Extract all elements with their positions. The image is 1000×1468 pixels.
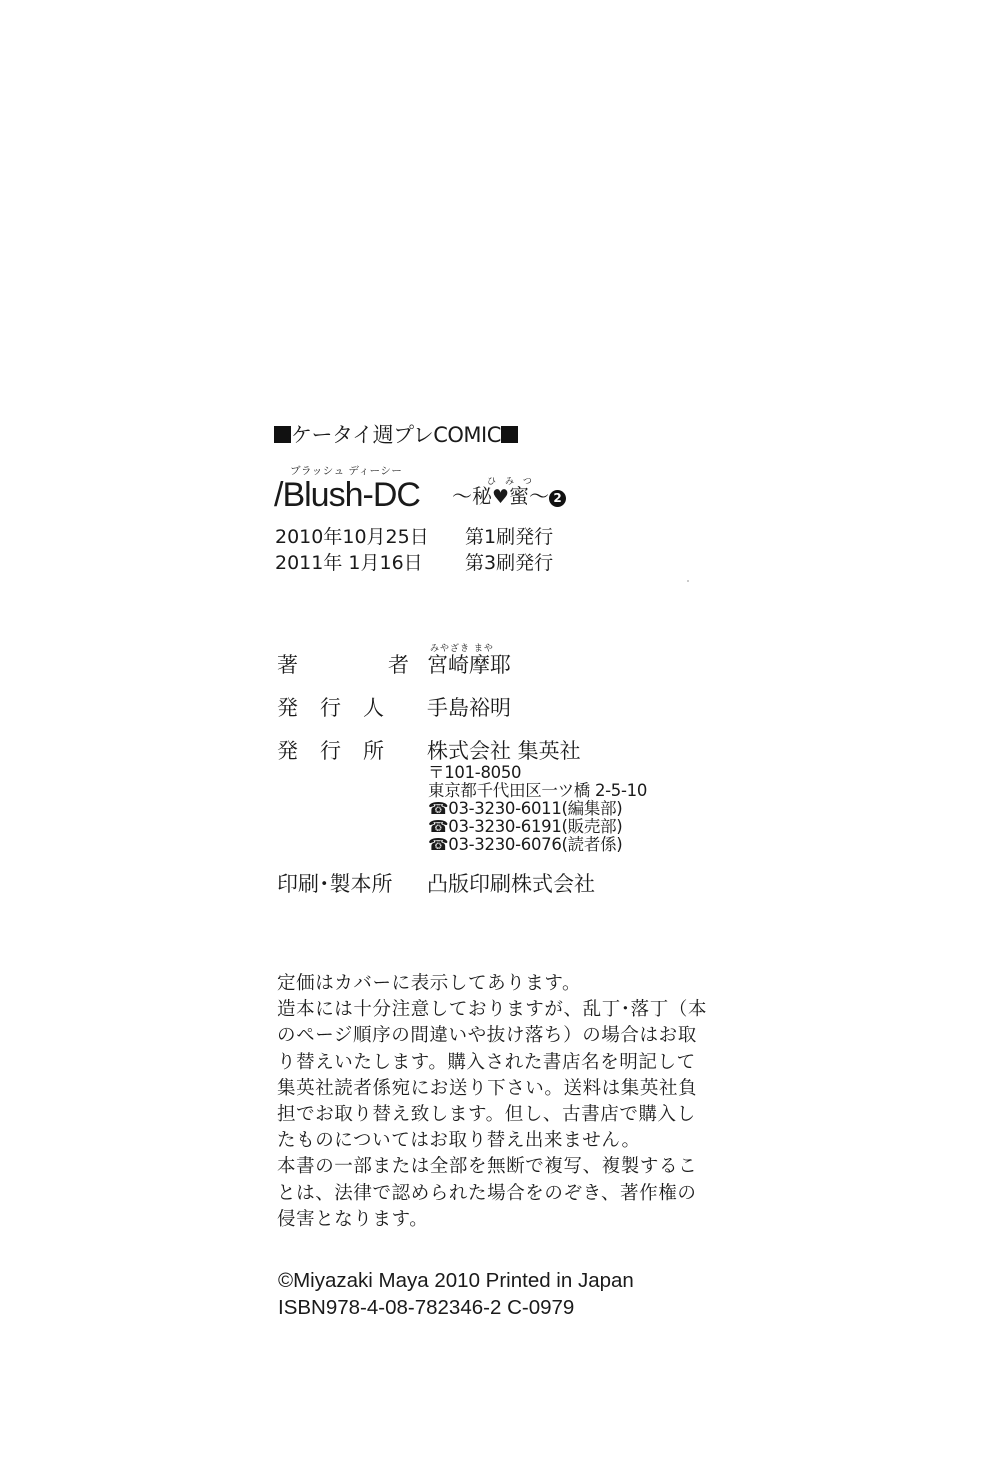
notes-line: とは、法律で認められた場合をのぞき、著作権の	[277, 1181, 707, 1207]
black-square-icon	[501, 426, 518, 443]
notes-line: 本書の一部または全部を無断で複写、複製するこ	[277, 1154, 707, 1180]
address-postal: 〒101-8050	[428, 764, 521, 782]
book-subtitle: ～秘♥蜜～2	[452, 483, 566, 510]
printing-line: 2010年10月25日第1刷発行	[275, 525, 553, 549]
phone-sales: ☎03-3230-6191(販売部)	[428, 818, 622, 836]
notes-line: 集英社読者係宛にお送り下さい。送料は集英社負	[277, 1076, 707, 1102]
series-label: ケータイ週プレCOMIC	[274, 421, 518, 449]
address-street: 東京都千代田区一ツ橋 2-5-10	[428, 782, 647, 800]
print-speck	[687, 580, 689, 582]
credit-author: 著者宮崎摩耶	[277, 651, 511, 679]
phone-readers: ☎03-3230-6076(読者係)	[428, 836, 622, 854]
subtitle-kanji-1: 秘	[472, 484, 492, 508]
credit-value: 凸版印刷株式会社	[427, 872, 595, 896]
notes-line: 造本には十分注意しておりますが、乱丁･落丁（本	[277, 997, 707, 1023]
notes-line: 担でお取り替え致します。但し、古書店で購入し	[277, 1102, 707, 1128]
credit-label: 印刷･製本所	[277, 870, 427, 898]
credit-value: 手島裕明	[427, 696, 511, 720]
credit-label: 発行所	[277, 737, 427, 765]
isbn-line: ISBN978-4-08-782346-2 C-0979	[278, 1295, 574, 1321]
printing-line: 2011年 1月16日第3刷発行	[275, 551, 553, 575]
notes-line: り替えいたします。購入された書店名を明記して	[277, 1050, 707, 1076]
book-title: /Blush-DC	[274, 474, 420, 516]
credit-publisher-person: 発行人手島裕明	[277, 694, 511, 722]
printing-date: 2011年 1月16日	[275, 551, 465, 575]
notes-block: 定価はカバーに表示してあります。 造本には十分注意しておりますが、乱丁･落丁（本…	[277, 971, 707, 1233]
credit-value: 宮崎摩耶	[427, 653, 511, 677]
notes-line: のページ順序の間違いや抜け落ち）の場合はお取	[277, 1023, 707, 1049]
credit-printer: 印刷･製本所凸版印刷株式会社	[277, 870, 595, 898]
notes-line: 定価はカバーに表示してあります。	[277, 971, 707, 997]
notes-line: たものについてはお取り替え出来ません。	[277, 1128, 707, 1154]
heart-icon: ♥	[492, 486, 509, 508]
volume-number-badge: 2	[549, 490, 566, 507]
tilde-right: ～	[529, 484, 549, 508]
credit-value: 株式会社 集英社	[427, 739, 581, 763]
tilde-left: ～	[452, 484, 472, 508]
credit-publisher: 発行所株式会社 集英社	[277, 737, 581, 765]
printing-edition: 第3刷発行	[465, 552, 553, 574]
printing-date: 2010年10月25日	[275, 525, 465, 549]
notes-line: 侵害となります。	[277, 1207, 707, 1233]
phone-editorial: ☎03-3230-6011(編集部)	[428, 800, 622, 818]
black-square-icon	[274, 426, 291, 443]
subtitle-kanji-2: 蜜	[509, 484, 529, 508]
credit-label: 発行人	[277, 694, 427, 722]
copyright-line: ©Miyazaki Maya 2010 Printed in Japan	[278, 1268, 634, 1294]
series-label-text: ケータイ週プレCOMIC	[291, 423, 501, 447]
credit-label: 著者	[277, 651, 427, 679]
printing-edition: 第1刷発行	[465, 526, 553, 548]
